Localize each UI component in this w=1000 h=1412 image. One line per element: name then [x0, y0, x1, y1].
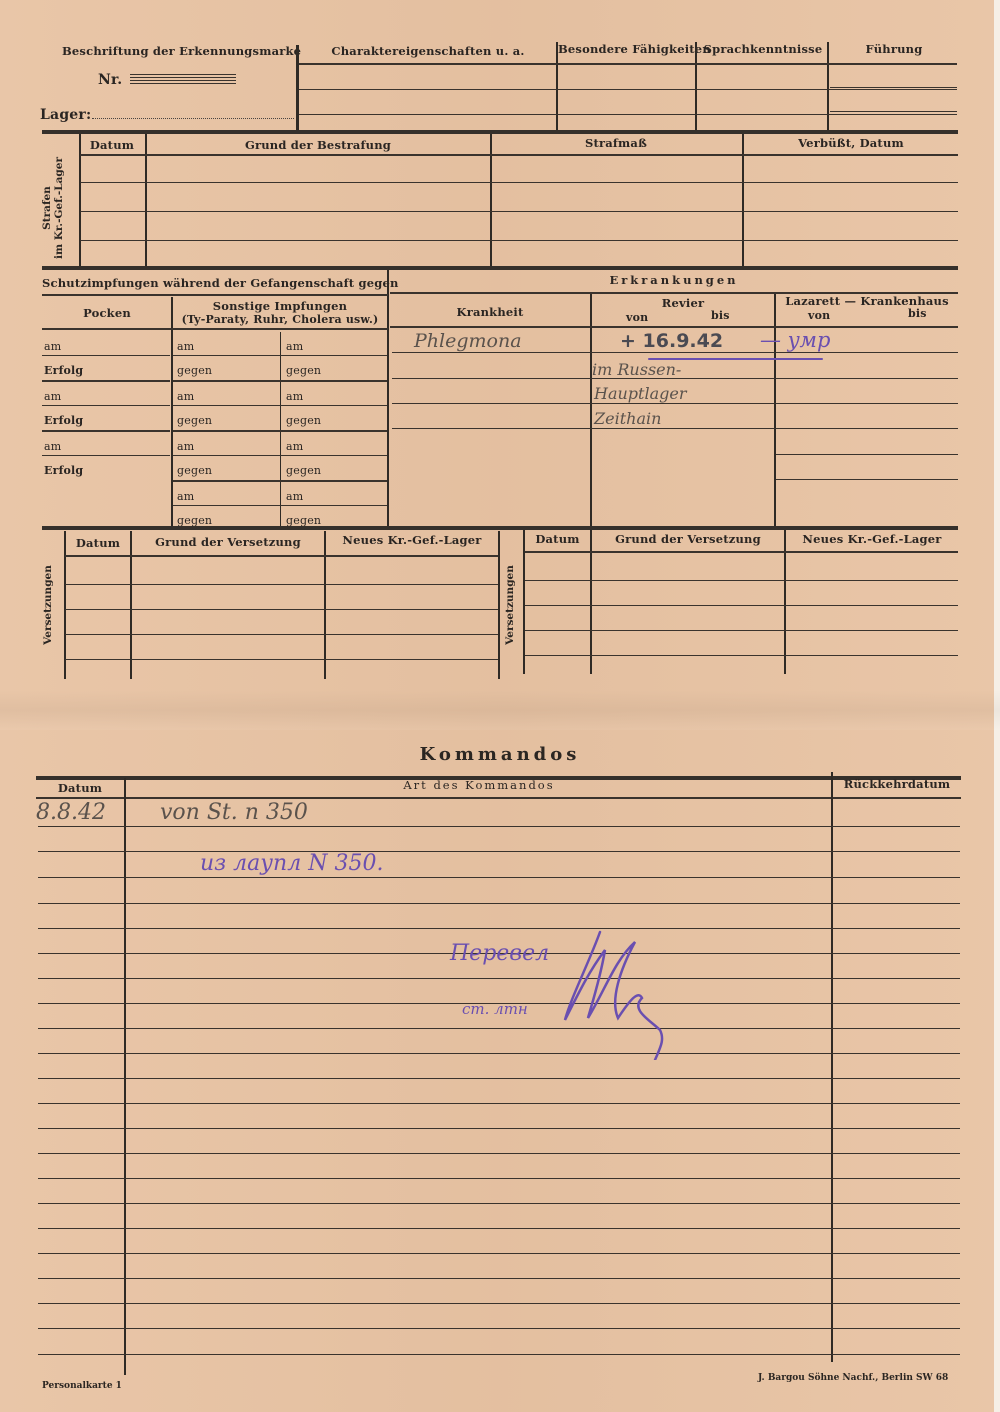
languages-field[interactable] — [697, 65, 827, 130]
revier-bis: bis — [711, 309, 730, 322]
vacc-row: gegen — [177, 414, 212, 427]
col-transfer-reason-2: Grund der Versetzung — [592, 532, 784, 546]
illness-location-1: im Russen- — [592, 360, 681, 379]
vacc-row: am — [286, 390, 303, 403]
vacc-row: am — [177, 490, 194, 503]
col-transfer-date-2: Datum — [525, 532, 590, 546]
col-other-vacc: Sonstige Impfungen — [172, 299, 388, 313]
col-conduct: Führung — [830, 42, 958, 56]
kommando-entry-2: из лаупл N 350. — [200, 851, 383, 876]
illness-location-2: Hauptlager — [594, 384, 686, 403]
pocken-row: am — [44, 390, 61, 403]
divider — [296, 45, 299, 130]
punishments-side-label: Strafenim Kr.-Gef.-Lager — [41, 153, 65, 263]
form-name: Personalkarte 1 — [42, 1381, 122, 1391]
col-kommando-return: Rückkehrdatum — [834, 777, 960, 791]
kommando-date-value: 8.8.42 — [36, 800, 106, 825]
lazarett-bis: bis — [908, 307, 927, 320]
signature-rank: ст. лтн — [462, 1000, 528, 1018]
punish-measure-field[interactable] — [492, 156, 742, 266]
col-transfer-reason: Grund der Versetzung — [132, 535, 324, 549]
col-lazarett: Lazarett — Krankenhaus — [776, 294, 958, 308]
vacc-row: am — [177, 390, 194, 403]
signature-scribble-icon — [560, 930, 670, 1060]
lager-label: Lager: — [40, 107, 91, 123]
printer-imprint: J. Bargou Söhne Nachf., Berlin SW 68 — [758, 1373, 948, 1383]
transfer-camp-field[interactable] — [326, 557, 498, 677]
transfers-side-label-right: Versetzungen — [504, 555, 516, 655]
vacc-row: am — [177, 440, 194, 453]
col-kommando-type: Art des Kommandos — [126, 778, 832, 792]
col-transfer-camp: Neues Kr.-Gef.-Lager — [326, 533, 498, 547]
tag-heading: Beschriftung der Erkennungsmarke — [62, 44, 301, 58]
col-transfer-date: Datum — [66, 536, 130, 550]
transfers-side-label-left: Versetzungen — [42, 555, 54, 655]
col-punish-reason: Grund der Bestrafung — [146, 138, 490, 152]
paper-fold — [0, 690, 1000, 730]
vacc-row: gegen — [286, 414, 321, 427]
illness-revier-date: + 16.9.42 — [620, 330, 723, 352]
skills-field[interactable] — [558, 65, 695, 130]
pocken-row: Erfolg — [44, 364, 83, 377]
col-pocken: Pocken — [42, 306, 172, 320]
punish-reason-field[interactable] — [146, 156, 490, 266]
transfer-camp-field-2[interactable] — [786, 553, 958, 673]
transfer-reason-field[interactable] — [132, 557, 324, 677]
col-punish-measure: Strafmaß — [491, 136, 741, 150]
col-punish-date: Datum — [80, 138, 144, 152]
col-other-vacc-sub: (Ty-Paraty, Ruhr, Cholera usw.) — [172, 313, 388, 326]
vacc-row: am — [177, 340, 194, 353]
kommando-date-field[interactable] — [38, 800, 124, 1370]
conduct-field[interactable] — [829, 65, 957, 130]
vacc-row: gegen — [286, 464, 321, 477]
col-skills: Besondere Fähigkeiten — [558, 42, 696, 56]
illness-location-3: Zeithain — [594, 409, 661, 428]
nr-label: Nr. — [98, 72, 122, 88]
lager-field[interactable] — [92, 118, 294, 119]
illness-revier-note: — yмр — [760, 328, 830, 352]
illness-krankheit-value: Phlegmona — [414, 330, 522, 352]
signature-text: Перевел — [450, 941, 549, 966]
col-punish-served: Verbüßt, Datum — [744, 136, 958, 150]
vaccination-heading: Schutzimpfungen während der Gefangenscha… — [42, 276, 388, 290]
vacc-row: am — [286, 440, 303, 453]
illness-heading: Erkrankungen — [390, 273, 958, 287]
pocken-row: Erfolg — [44, 464, 83, 477]
punish-date-field[interactable] — [81, 156, 145, 266]
vacc-row: gegen — [177, 464, 212, 477]
pocken-row: am — [44, 340, 61, 353]
col-character: Charaktereigenschaften u. a. — [300, 44, 556, 58]
lazarett-von: von — [808, 309, 830, 322]
vacc-row: gegen — [286, 364, 321, 377]
vacc-row: am — [286, 340, 303, 353]
transfer-date-field-2[interactable] — [526, 553, 590, 673]
pocken-row: am — [44, 440, 61, 453]
kommandos-title: Kommandos — [0, 744, 1000, 765]
kommando-return-field[interactable] — [834, 800, 960, 1360]
transfer-reason-field-2[interactable] — [592, 553, 784, 673]
vacc-row: gegen — [177, 364, 212, 377]
kommando-type-field[interactable] — [127, 800, 831, 1370]
col-krankheit: Krankheit — [390, 305, 590, 319]
pocken-row: Erfolg — [44, 414, 83, 427]
punish-served-field[interactable] — [744, 156, 958, 266]
col-kommando-date: Datum — [36, 781, 124, 795]
character-field[interactable] — [300, 65, 556, 130]
transfer-date-field[interactable] — [66, 557, 130, 677]
vacc-row: am — [286, 490, 303, 503]
kommando-entry-1: von St. n 350 — [160, 800, 308, 825]
revier-von: von — [626, 311, 648, 324]
nr-field[interactable] — [130, 74, 236, 86]
col-revier: Revier — [592, 296, 774, 310]
col-transfer-camp-2: Neues Kr.-Gef.-Lager — [786, 532, 958, 546]
col-languages: Sprachkenntnisse — [698, 42, 828, 56]
